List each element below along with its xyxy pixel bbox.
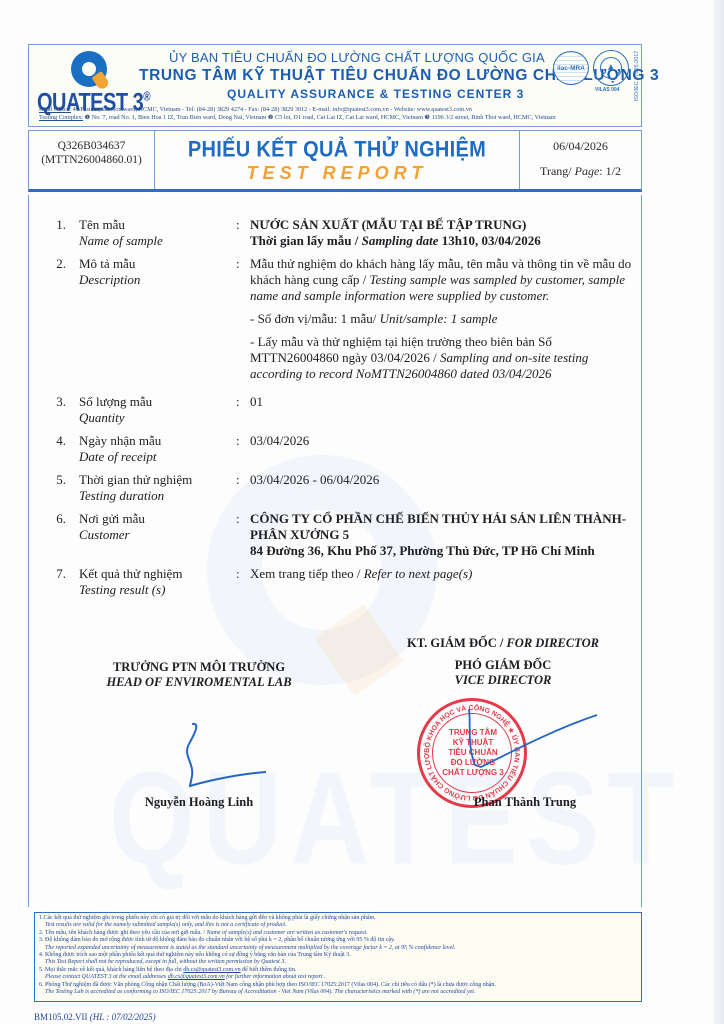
iso-label: ISO/IEC 17025:2017 xyxy=(632,49,642,107)
signature-block-vice-director: KT. GIÁM ĐỐC / FOR DIRECTOR PHÓ GIÁM ĐỐC… xyxy=(388,636,618,688)
email-link[interactable]: dh.cs@quatest3.com.vn xyxy=(183,967,240,973)
head-office-label: Head Office: xyxy=(39,106,71,113)
center-name-en: QUALITY ASSURANCE & TESTING CENTER 3 xyxy=(227,87,524,101)
email-link-en[interactable]: dh.cs@quatest3.com.vn xyxy=(168,974,225,980)
report-title-en: TEST REPORT xyxy=(155,163,519,184)
field-date-of-receipt: 4. Ngày nhận mẫuDate of receipt : 03/04/… xyxy=(29,433,643,465)
signature-block-lab-head: TRƯỞNG PTN MÔI TRƯỜNG HEAD OF ENVIROMENT… xyxy=(84,660,314,690)
title-band: Q326B034637 (MTTN26004860.01) PHIẾU KẾT … xyxy=(28,130,642,192)
field-quantity: 3. Số lượng mẫuQuantity : 01 xyxy=(29,394,643,426)
page-indicator: Trang/ Page: 1/2 xyxy=(520,164,641,179)
report-date: 06/04/2026 xyxy=(520,139,641,154)
field-sample-name: 1. Tên mẫuName of sample : NƯỚC SẢN XUẤT… xyxy=(29,217,643,249)
vilas-label: VILAS 004 xyxy=(595,87,619,93)
report-number: Q326B034637 xyxy=(29,139,154,153)
testing-complex-label: Testing Complex: xyxy=(39,114,83,121)
letterhead: QUATEST 3® ỦY BAN TIÊU CHUẨN ĐO LƯỜNG CH… xyxy=(28,44,642,127)
test-report-page: QUATEST 3® ỦY BAN TIÊU CHUẨN ĐO LƯỜNG CH… xyxy=(0,0,724,1024)
report-number-cell: Q326B034637 (MTTN26004860.01) xyxy=(29,131,155,189)
contact-info: Head Office: 49 Pasteur, Sai Gon ward, H… xyxy=(39,106,637,122)
signature-left-icon xyxy=(180,720,270,790)
field-testing-duration: 5. Thời gian thử nghiệmTesting duration … xyxy=(29,472,643,504)
testing-complex-text: ❶ No. 7, road No. 1, Bien Hoa 1 IZ, Tran… xyxy=(85,114,556,121)
customer-name: CÔNG TY CỔ PHẦN CHẾ BIẾN THỦY HẢI SẢN LI… xyxy=(250,511,626,542)
record-number: (MTTN26004860.01) xyxy=(29,153,154,167)
field-description: 2. Mô tả mẫuDescription : Mẫu thử nghiệm… xyxy=(29,256,643,382)
field-customer: 6. Nơi gửi mẫuCustomer : CÔNG TY CỔ PHẦN… xyxy=(29,511,643,559)
quatest-logo: QUATEST 3® xyxy=(37,51,127,113)
vice-director-name: Phan Thành Trung xyxy=(410,795,640,810)
date-page-cell: 06/04/2026 Trang/ Page: 1/2 xyxy=(519,131,641,189)
lab-head-name: Nguyễn Hoàng Linh xyxy=(84,795,314,810)
signature-right-icon xyxy=(455,705,605,795)
report-title-cell: PHIẾU KẾT QUẢ THỬ NGHIỆM TEST REPORT xyxy=(155,131,519,189)
head-office-text: 49 Pasteur, Sai Gon ward, HCMC, Vietnam … xyxy=(73,106,472,113)
field-testing-result: 7. Kết quả thử nghiệmTesting result (s) … xyxy=(29,566,643,598)
form-code: BM105.02.VII (HL : 07/02/2025) xyxy=(34,1012,156,1022)
ilac-mra-badge-icon: ilac-MRA xyxy=(553,51,589,85)
sample-fields: 1. Tên mẫuName of sample : NƯỚC SẢN XUẤT… xyxy=(29,217,643,605)
agency-name: ỦY BAN TIÊU CHUẨN ĐO LƯỜNG CHẤT LƯỢNG QU… xyxy=(169,50,545,65)
sampling-date: 13h10, 03/04/2026 xyxy=(439,233,541,248)
boa-badge-icon: ▲ xyxy=(593,50,629,86)
footnotes: 1.Các kết quả thử nghiệm ghi trong phiếu… xyxy=(34,912,642,1002)
report-title-vn: PHIẾU KẾT QUẢ THỬ NGHIỆM xyxy=(155,138,519,163)
registered-mark: ® xyxy=(143,91,150,105)
customer-address: 84 Đường 36, Khu Phố 37, Phường Thủ Đức,… xyxy=(250,543,595,558)
sample-name: NƯỚC SẢN XUẤT (MẪU TẠI BỂ TẬP TRUNG) xyxy=(250,217,526,232)
